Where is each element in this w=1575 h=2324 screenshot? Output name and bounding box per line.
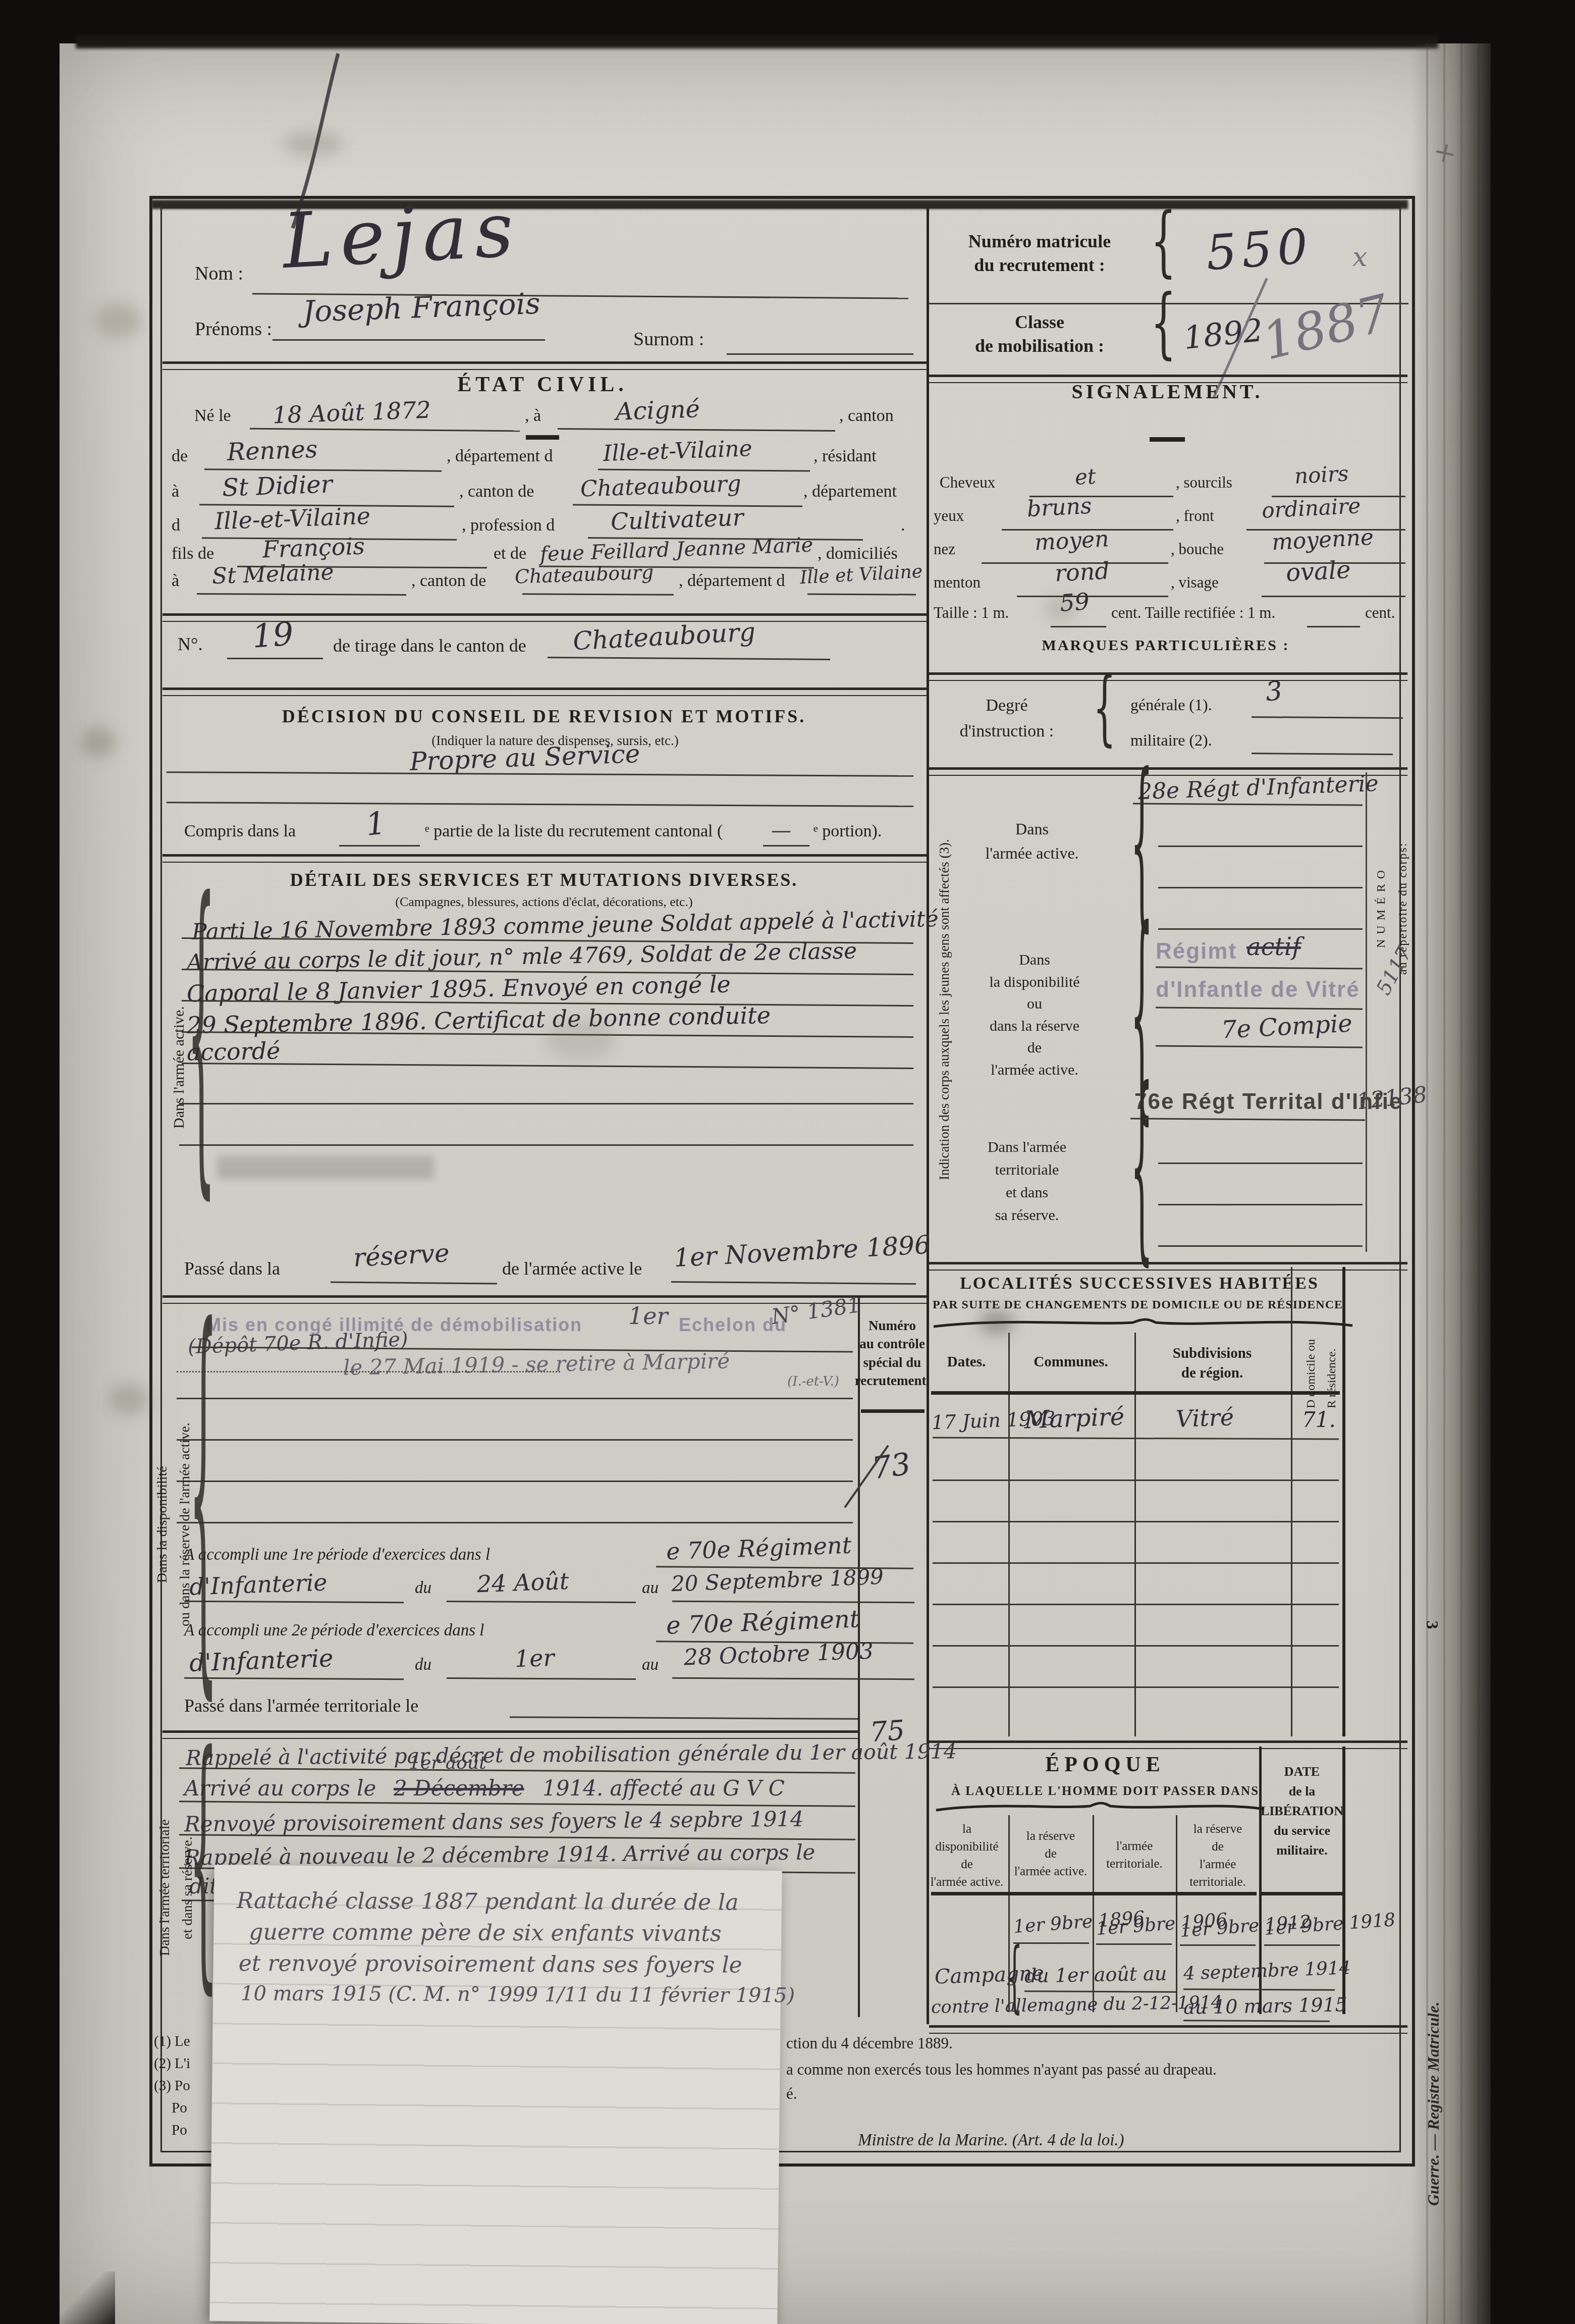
footnote-3: (3) Po — [154, 2078, 190, 2094]
demob-stamp-text2: Echelon du — [679, 1314, 787, 1336]
ec-r3-label2: , canton de — [459, 482, 534, 501]
mobilisation-line-2-superscript: 1er août — [409, 1753, 486, 1773]
instruction-generale-value: 3 — [1264, 676, 1283, 708]
passe-territoriale-label: Passé dans l'armée territoriale le — [184, 1695, 418, 1716]
title-dash — [1150, 437, 1185, 442]
epoque-col4: la réserve de l'armée territoriale. — [1189, 1820, 1246, 1891]
section-divider — [929, 1262, 1407, 1271]
section-divider — [929, 2025, 1407, 2034]
corps-margin-label: Indication des corps auxquels les jeunes… — [937, 777, 952, 1242]
paper-stain — [108, 1383, 149, 1415]
ec-r2-label3: , résidant — [813, 447, 877, 466]
ec-r1-label: Né le — [194, 406, 231, 426]
ec-r5-fill1: François — [262, 532, 365, 563]
scan-smear — [76, 35, 1438, 48]
margin-brace-armee-active: { — [187, 860, 215, 1199]
controle-header: Numéro au contrôle spécial du recrutemen… — [855, 1316, 930, 1390]
ec-r4-fill2: Cultivateur — [610, 503, 744, 535]
writing-line — [763, 845, 809, 847]
surnom-label: Surnom : — [633, 328, 704, 350]
blank-writing-lines — [177, 1358, 853, 1529]
epoque-col-date-liberation: DATE de la LIBÉRATION du service militai… — [1261, 1762, 1343, 1860]
demob-echelon: 1er — [628, 1302, 668, 1330]
section-divider — [162, 854, 927, 863]
faded-stamp-smudge — [217, 1156, 434, 1179]
signalement-title: SIGNALEMENT. — [1071, 380, 1263, 403]
blank-writing-lines — [1158, 806, 1363, 932]
localites-row-dr: 71. — [1302, 1407, 1336, 1432]
services-subtitle: (Campagnes, blessures, actions d'éclat, … — [395, 894, 692, 910]
instruction-brace: { — [1093, 667, 1116, 749]
dispo-stamp-actif-struck: actif — [1246, 933, 1301, 961]
ec-r6-label3: , département d — [679, 571, 785, 591]
margin-label-armee-active: Dans l'armée active. — [171, 904, 188, 1232]
periode1-au: au — [642, 1579, 659, 1598]
localites-col-subdivisions: Subdivisions de région. — [1173, 1344, 1252, 1383]
paper-stain — [283, 131, 343, 156]
ec-r2-fill2: Ille-et-Vilaine — [603, 436, 752, 466]
matricule-brace: { — [1151, 203, 1176, 280]
writing-line — [1264, 1944, 1340, 1946]
footnote-5: Po — [172, 2122, 187, 2139]
brace-ornament — [934, 1800, 1267, 1813]
sig-r3-fill1: moyen — [1034, 526, 1110, 556]
pasted-paper-slip: Rattaché classe 1887 pendant la durée de… — [209, 1865, 782, 2324]
sig-r4-fill1: rond — [1054, 557, 1110, 587]
mobilisation-line-2b: 1914. affecté au G V C — [542, 1776, 785, 1801]
services-title: DÉTAIL DES SERVICES ET MUTATIONS DIVERSE… — [290, 869, 798, 890]
sig-r4-label: menton — [934, 573, 981, 592]
table-header-rule — [931, 1391, 1340, 1395]
writing-line — [273, 339, 545, 341]
prenoms-label: Prénoms : — [195, 318, 272, 340]
writing-line — [1013, 1942, 1089, 1944]
localites-col-dates: Dates. — [947, 1354, 986, 1370]
ec-r4-fill1: Ille-et-Vilaine — [214, 502, 371, 535]
ec-r1-fill1: 18 Août 1872 — [272, 396, 431, 429]
register-side-label: Guerre. — Registre Matricule. — [1424, 1661, 1443, 2206]
ec-r3-label3: , département — [803, 482, 897, 501]
periode1-label: A accompli une 1re période d'exercices d… — [184, 1546, 490, 1564]
ec-r1-fill2: Acigné — [615, 395, 700, 426]
paper-stain — [96, 303, 141, 338]
dispo-stamp-infanterie: d'Infantle de Vitré — [1156, 977, 1360, 1002]
sig-r2-fill2: ordinaire — [1261, 493, 1361, 523]
writing-line — [1017, 596, 1168, 597]
blank-table-rows — [933, 1440, 1339, 1692]
classe-label: Classe de mobilisation : — [975, 310, 1104, 358]
section-divider — [929, 672, 1407, 681]
sig-r1-fill2: noirs — [1294, 461, 1349, 489]
blank-writing-lines — [179, 1063, 913, 1149]
paper-stain — [1045, 596, 1077, 621]
ec-r6-label2: , canton de — [411, 571, 486, 591]
compris-value: 1 — [364, 804, 388, 843]
ec-r4-label2: , profession d — [462, 516, 555, 535]
section-divider — [929, 1740, 1407, 1749]
corps-terr-brace: { — [1130, 1064, 1153, 1269]
tirage-label2: de tirage dans le canton de — [333, 635, 526, 656]
etat-civil-title: ÉTAT CIVIL. — [457, 373, 628, 397]
localites-col-communes: Communes. — [1034, 1354, 1108, 1370]
instruction-generale: générale (1). — [1130, 696, 1212, 714]
ec-r3-fill1: St Didier — [222, 470, 333, 502]
writing-line — [227, 658, 323, 659]
margin-brace-disponibilite: { — [189, 1279, 218, 1699]
footnote-1: (1) Le — [154, 2033, 190, 2050]
sig-r3-label2: , bouche — [1171, 540, 1224, 558]
writing-line — [1262, 596, 1405, 597]
footnote-4: Po — [172, 2100, 187, 2117]
footnote-2: (2) L'i — [154, 2055, 190, 2072]
slip-note-line-3: et renvoyé provisoirement dans ses foyer… — [239, 1950, 742, 1978]
ec-r2-label2: , département d — [447, 447, 553, 466]
epoque-title: ÉPOQUE — [1045, 1753, 1165, 1777]
tirage-label: N°. — [178, 633, 202, 655]
periode1-fill3: 24 Août — [476, 1567, 569, 1598]
register-page-number: 3 — [1422, 1621, 1441, 1629]
controle-value-1: 73 — [870, 1446, 913, 1487]
ec-r2-label: de — [172, 447, 188, 466]
writing-line — [727, 353, 913, 355]
periode2-fill3: 1er — [514, 1644, 555, 1673]
periode2-du: du — [415, 1656, 431, 1674]
epoque-col1: la disponibilité de l'armée active. — [931, 1820, 1004, 1891]
tirage-value: 19 — [251, 615, 295, 656]
ec-r5-label3: , domiciliés — [818, 544, 898, 563]
table-vline-heavy — [1342, 1267, 1345, 1736]
localites-subtitle: PAR SUITE DE CHANGEMENTS DE DOMICILE OU … — [933, 1298, 1346, 1312]
ec-r1-label3: , canton — [839, 406, 894, 426]
localites-row-commune: Marpiré — [1024, 1403, 1125, 1435]
corps-terr-label: Dans l'armée territoriale et dans sa rés… — [988, 1136, 1066, 1227]
compris-portion-dash: — — [771, 819, 791, 842]
table-header-rule — [931, 1892, 1257, 1895]
controle-header-rule — [861, 1409, 925, 1413]
sig-r1-fill1: et — [1074, 464, 1097, 490]
matricule-value: 550 — [1204, 219, 1314, 281]
sig-r4-fill2: ovale — [1285, 556, 1351, 588]
slip-note-line-1: Rattaché classe 1887 pendant la durée de… — [237, 1888, 739, 1915]
passe-reserve-fill: réserve — [353, 1238, 450, 1273]
blank-writing-lines — [1158, 1123, 1363, 1249]
periode2-label: A accompli une 2e période d'exercices da… — [184, 1621, 484, 1640]
compris-label3: ᵉ portion). — [813, 822, 882, 841]
matricule-check-mark: x — [1352, 242, 1367, 273]
epoque-col2: la réserve de l'armée active. — [1014, 1827, 1088, 1880]
sig-taille-label: Taille : 1 m. — [934, 604, 1009, 622]
paper-stain — [979, 1310, 1014, 1335]
ec-r5-label: fils de — [172, 544, 214, 563]
localites-row-subdivision: Vitré — [1175, 1403, 1234, 1433]
ec-r2-fill1: Rennes — [227, 435, 318, 466]
slip-note-line-2: guerre comme père de six enfants vivants — [249, 1919, 721, 1946]
writing-line — [1051, 626, 1106, 627]
ec-r5-label2: et de — [494, 544, 526, 563]
sig-r1-label2: , sourcils — [1176, 473, 1232, 492]
footnote-fragment-2: a comme non exercés tous les hommes n'ay… — [786, 2061, 1217, 2079]
page-edge-curl — [1411, 43, 1491, 2324]
decision-title: DÉCISION DU CONSEIL DE REVISION ET MOTIF… — [282, 706, 806, 727]
writing-line — [1307, 626, 1360, 627]
mobilisation-line-2-struck: 2 Décembre — [394, 1776, 524, 1801]
sig-r2-label2: , front — [1176, 507, 1214, 525]
epoque-subtitle: À LAQUELLE L'HOMME DOIT PASSER DANS — [951, 1784, 1259, 1799]
campagne-row2-b: au 10 mars 1915 — [1183, 1993, 1347, 2019]
localites-col-dr: D domicile ou R résidence. — [1301, 1277, 1342, 1408]
marques-label: MARQUES PARTICULIÈRES : — [1042, 637, 1290, 654]
sig-r4-label2: , visage — [1171, 573, 1219, 592]
corps-dispo-label: Dans la disponibilité ou dans la réserve… — [989, 949, 1079, 1081]
instruction-label: Degré d'instruction : — [960, 693, 1054, 744]
nom-label: Nom : — [195, 262, 243, 285]
ec-r4-label: d — [172, 516, 180, 535]
campagne-row1-a: du 1er août au — [1024, 1963, 1167, 1987]
matricule-label: Numéro matricule du recrutement : — [968, 230, 1111, 277]
section-divider — [162, 688, 927, 696]
sig-r3-fill2: moyenne — [1271, 524, 1374, 555]
sig-r2-label: yeux — [934, 507, 964, 525]
writing-line — [1096, 1943, 1172, 1945]
paper-stain — [545, 1020, 616, 1060]
periode1-du: du — [415, 1579, 431, 1598]
ec-r3-label: à — [172, 482, 179, 501]
passe-reserve-label2: de l'armée active le — [502, 1258, 642, 1279]
sig-r1-label: Cheveux — [940, 473, 995, 492]
sig-taille-label3: cent. — [1365, 604, 1395, 622]
paper-stain — [81, 727, 116, 757]
localites-title: LOCALITÉS SUCCESSIVES HABITÉES — [960, 1274, 1319, 1293]
footnote-fragment-1: ction du 4 décembre 1889. — [786, 2034, 953, 2052]
writing-line — [339, 845, 420, 847]
compris-label2: ᵉ partie de la liste du recrutement cant… — [425, 822, 723, 841]
repertoire-column-line — [1366, 772, 1367, 1252]
classe-brace: { — [1151, 285, 1176, 361]
dispo-stamp-regiment: Régimt — [1156, 939, 1237, 964]
footnote-fragment-3: é. — [786, 2085, 797, 2103]
ec-r4-label3: . — [901, 516, 905, 535]
sig-r3-label: nez — [934, 540, 955, 558]
epoque-col3: l'armée territoriale. — [1106, 1837, 1163, 1873]
section-divider — [162, 1730, 858, 1739]
ec-r1-label2: , à — [525, 406, 541, 426]
scanned-register-page: Nom : Lejas Prénoms : Joseph François Su… — [0, 0, 1575, 2324]
sig-r2-fill1: bruns — [1026, 493, 1093, 522]
sig-taille-label2: cent. Taille rectifiée : 1 m. — [1111, 604, 1275, 622]
ec-r6-label: à — [172, 571, 179, 591]
slip-note-line-4: 10 mars 1915 (C. M. n° 1999 1/11 du 11 f… — [241, 1982, 795, 2008]
table-header-rule — [1262, 1892, 1342, 1895]
ec-r6-fill1: St Melaine — [211, 559, 334, 589]
section-divider — [162, 361, 927, 370]
corps-active-label: Dans l'armée active. — [985, 817, 1078, 865]
periode2-au: au — [642, 1656, 659, 1674]
corner-shadow — [60, 2272, 115, 2324]
writing-line — [1180, 1944, 1256, 1946]
footnote-fragment-ministre: Ministre de la Marine. (Art. 4 de la loi… — [858, 2131, 1124, 2150]
title-dash — [526, 435, 559, 440]
